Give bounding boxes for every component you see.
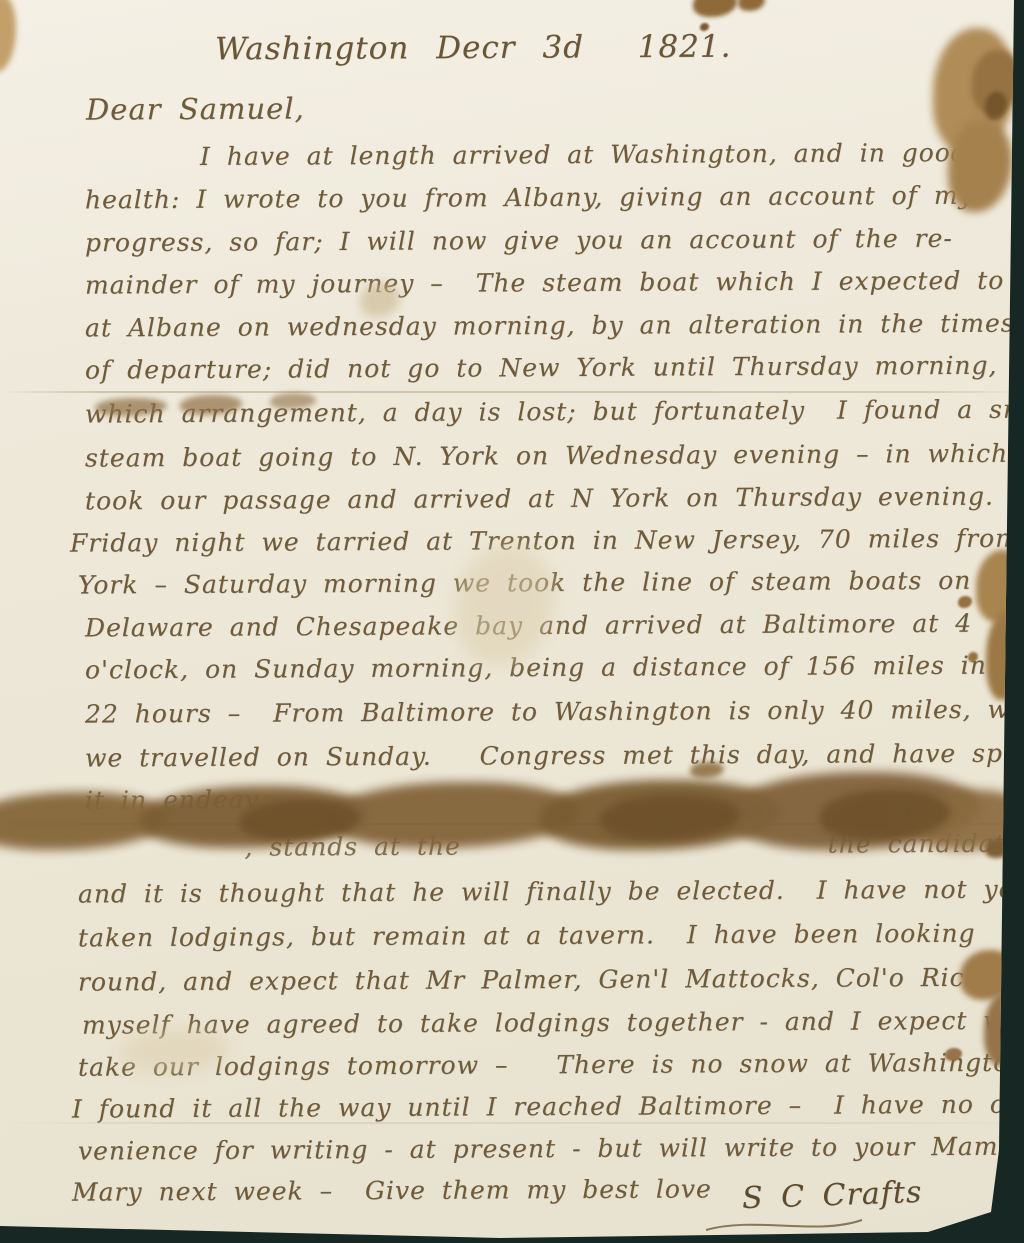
letter-line: health: I wrote to you from Albany, givi…	[85, 181, 974, 215]
letter-page: Washington Decr 3d 1821. Dear Samuel, I …	[0, 0, 1024, 1243]
salutation: Dear Samuel,	[86, 91, 305, 126]
letter-line: mainder of my journey – The steam boat w…	[85, 265, 1024, 299]
letter-line: of departure; did not go to New York unt…	[85, 350, 1024, 384]
letter-line: which arrangement, a day is lost; but fo…	[85, 394, 1024, 428]
ink-stain	[985, 92, 1007, 120]
letter-line: steam boat going to N. York on Wednesday…	[85, 438, 1024, 472]
letter-line: we travelled on Sunday. Congress met thi…	[85, 738, 1024, 772]
letter-line: round, and expect that Mr Palmer, Gen'l …	[78, 962, 1024, 996]
letter-line: , stands at the the candidates	[85, 829, 1024, 863]
letter-line: Delaware and Chesapeake bay and arrived …	[85, 609, 972, 643]
ink-stain	[0, 0, 16, 72]
letter-line: progress, so far; I will now give you an…	[85, 224, 953, 258]
letter-line: I have at length arrived at Washington, …	[200, 138, 968, 171]
letter-line: I found it all the way until I reached B…	[72, 1089, 1024, 1123]
letter-line: it in endeav the	[85, 780, 1024, 815]
ink-stain	[693, 0, 737, 17]
ink-stain	[738, 0, 765, 11]
fold-crease	[0, 1122, 1024, 1124]
letter-line: o'clock, on Sunday morning, being a dist…	[85, 651, 987, 685]
letter-line: Friday night we tarried at Trenton in Ne…	[70, 523, 1024, 557]
letter-line: at Albane on wednesday morning, by an al…	[85, 309, 1015, 343]
letter-line: myself have agreed to take lodgings toge…	[82, 1005, 1024, 1039]
letter-line: Mary next week – Give them my best love	[72, 1174, 712, 1206]
letter-line: took our passage and arrived at N York o…	[85, 482, 994, 516]
signature-flourish	[700, 1210, 870, 1238]
fold-crease	[0, 391, 1024, 393]
ink-stain	[972, 50, 1020, 114]
fold-crease	[0, 823, 1024, 825]
letter-line: taken lodgings, but remain at a tavern. …	[78, 919, 976, 953]
letter-line: venience for writing - at present - but …	[78, 1131, 1024, 1165]
letter-line: York – Saturday morning we took the line…	[78, 566, 1024, 600]
paper-discoloration	[455, 545, 555, 665]
letter-line: and it is thought that he will finally b…	[78, 875, 1024, 909]
dateline: Washington Decr 3d 1821.	[215, 29, 732, 68]
ink-stain	[958, 596, 972, 608]
letter-line: 22 hours – From Baltimore to Washington …	[85, 694, 1024, 728]
letter-line: take our lodgings tomorrow – There is no…	[78, 1047, 1024, 1081]
ink-stain	[986, 612, 1024, 700]
ink-stain	[933, 28, 1015, 153]
